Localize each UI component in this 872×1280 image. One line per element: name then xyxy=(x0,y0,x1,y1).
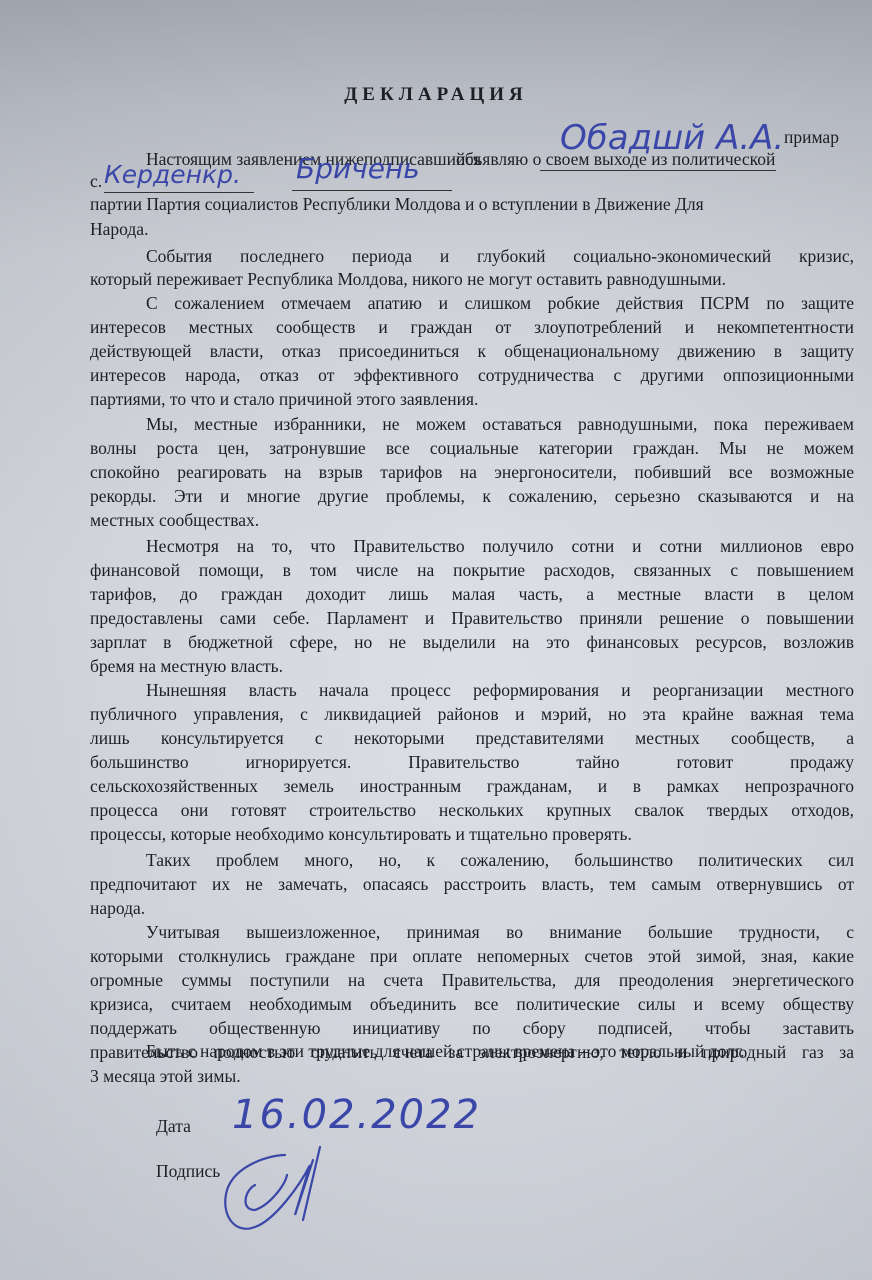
intro-line-2-suffix: объявляю о своем выходе из политической xyxy=(456,148,775,170)
district-underline xyxy=(292,170,452,191)
body-line: процесса они готовят строительство неско… xyxy=(90,799,854,821)
body-line: рекорды. Эти и многие другие проблемы, к… xyxy=(90,485,854,507)
body-line: Несмотря на то, что Правительство получи… xyxy=(146,535,854,557)
body-line: Учитывая вышеизложенное, принимая во вни… xyxy=(146,921,854,943)
body-line: местных сообществах. xyxy=(90,509,259,531)
intro-line-4: Народа. xyxy=(90,218,148,240)
body-line: публичного управления, с ликвидацией рай… xyxy=(90,703,854,725)
body-line: финансовой помощи, в том числе на покрыт… xyxy=(90,559,854,581)
body-line: бремя на местную власть. xyxy=(90,655,283,677)
body-line: Нынешняя власть начала процесс реформиро… xyxy=(146,679,854,701)
signature-label: Подпись xyxy=(156,1160,220,1182)
body-line: лишь консультируется с некоторыми предст… xyxy=(90,727,854,749)
body-line: Мы, местные избранники, не можем остават… xyxy=(146,413,854,435)
body-line: Быть с народом в эти трудные для нашей с… xyxy=(146,1040,745,1062)
document-title: ДЕКЛАРАЦИЯ xyxy=(0,84,872,106)
village-underline xyxy=(104,172,254,193)
body-line: спокойно реагировать на взрыв тарифов на… xyxy=(90,461,854,483)
body-line: предпочитают их не замечать, опасаясь ра… xyxy=(90,873,854,895)
body-line: 3 месяца этой зимы. xyxy=(90,1065,241,1087)
body-line: поддержать общественную инициативу по сб… xyxy=(90,1017,854,1039)
date-label: Дата xyxy=(156,1115,191,1137)
intro-line-1-suffix: примар xyxy=(784,126,839,148)
intro-line-1-prefix: Настоящим заявлением нижеподписавшийся xyxy=(146,148,481,170)
signature-icon xyxy=(215,1135,345,1240)
body-line: народа. xyxy=(90,897,145,919)
body-line: которыми столкнулись граждане при оплате… xyxy=(90,945,854,967)
handwritten-date: 16.02.2022 xyxy=(232,1092,481,1138)
body-line: большинство игнорируется. Правительство … xyxy=(90,751,854,773)
body-line: кризиса, считаем необходимым объединить … xyxy=(90,993,854,1015)
body-line: Таких проблем много, но, к сожалению, бо… xyxy=(146,849,854,871)
body-line: С сожалением отмечаем апатию и слишком р… xyxy=(146,292,854,314)
body-line: который переживает Республика Молдова, н… xyxy=(90,268,726,290)
intro-line-3: партии Партия социалистов Республики Мол… xyxy=(90,193,704,215)
body-line: волны роста цен, затронувшие все социаль… xyxy=(90,437,854,459)
body-line: сельскохозяйственных земель иностранным … xyxy=(90,775,854,797)
body-line: действующей власти, отказ присоединиться… xyxy=(90,340,854,362)
body-line: интересов местных сообществ и граждан от… xyxy=(90,316,854,338)
body-line: События последнего периода и глубокий со… xyxy=(146,245,854,267)
body-line: огромные суммы поступили на счета Правит… xyxy=(90,969,854,991)
body-line: интересов народа, отказ от эффективного … xyxy=(90,364,854,386)
body-line: тарифов, до граждан доходит лишь малая ч… xyxy=(90,583,854,605)
document-page: ДЕКЛАРАЦИЯ Настоящим заявлением нижеподп… xyxy=(0,0,872,1280)
body-line: зарплат в бюджетной сфере, но не выделил… xyxy=(90,631,854,653)
body-line: партиями, то что и стало причиной этого … xyxy=(90,388,478,410)
intro-line-2-prefix: с. xyxy=(90,170,102,192)
body-line: процессы, которые необходимо консультиро… xyxy=(90,823,632,845)
body-line: предоставлены сами себе. Парламент и Пра… xyxy=(90,607,854,629)
